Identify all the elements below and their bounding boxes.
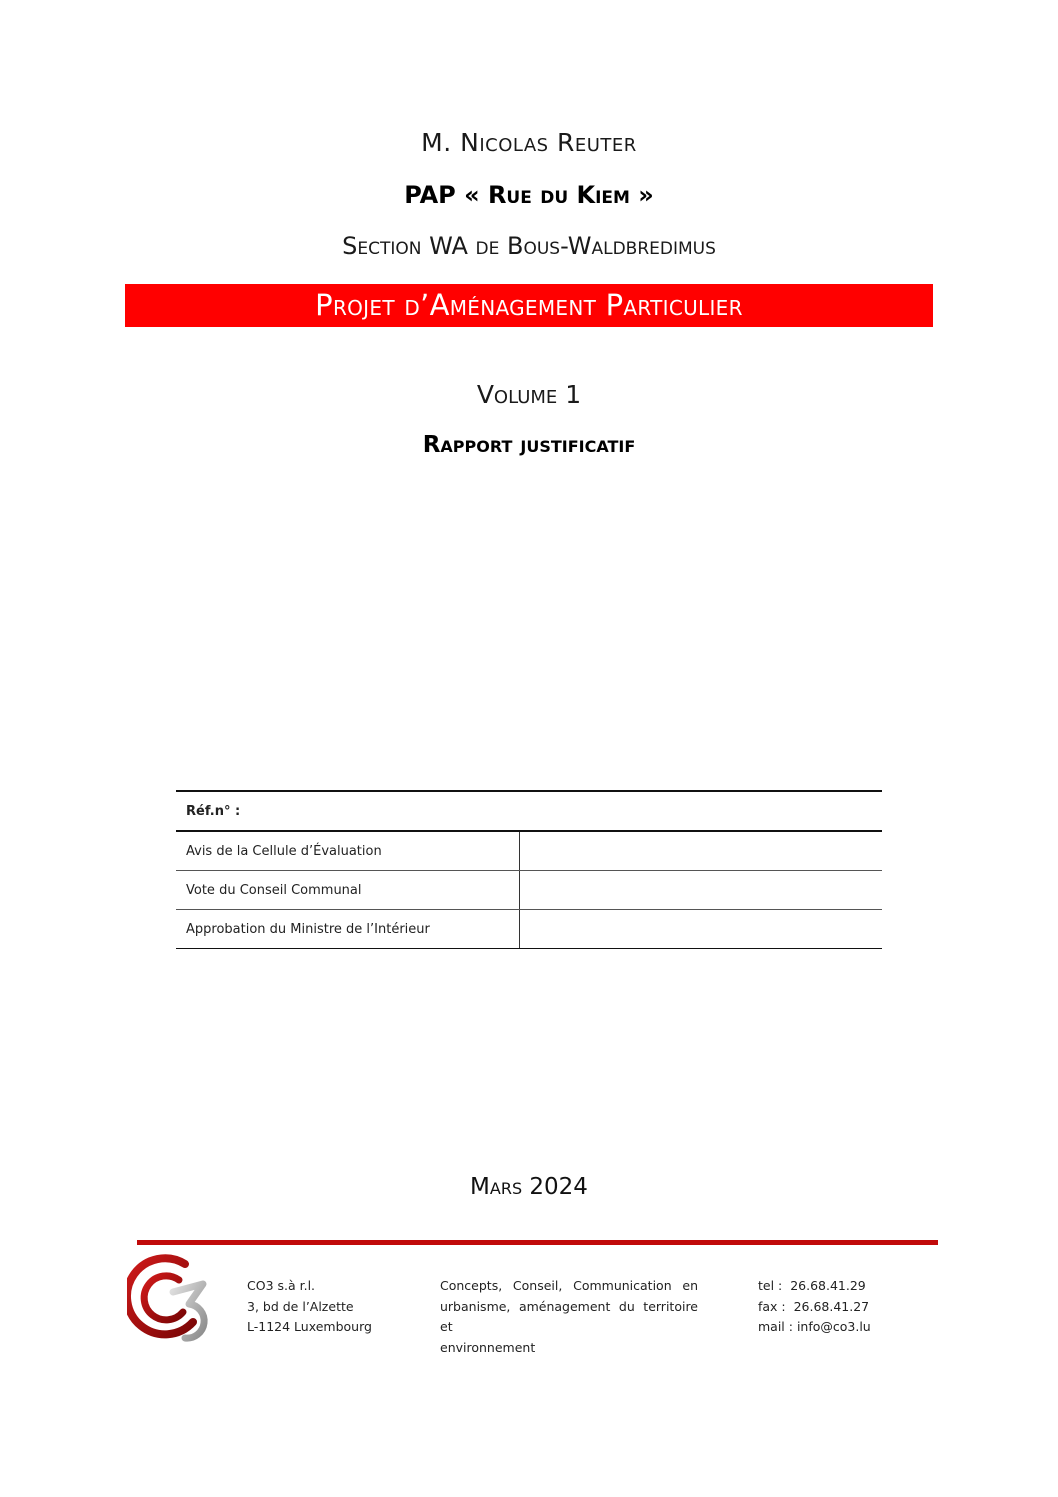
table-row: Avis de la Cellule d’Évaluation — [176, 831, 882, 871]
document-date: Mars 2024 — [0, 1174, 1058, 1200]
fax-number: fax : 26.68.41.27 — [758, 1297, 871, 1318]
row-label: Vote du Conseil Communal — [176, 871, 520, 910]
volume-label: Volume 1 — [0, 380, 1058, 409]
company-contact: tel : 26.68.41.29 fax : 26.68.41.27 mail… — [758, 1276, 871, 1338]
owner-name: M. Nicolas Reuter — [0, 128, 1058, 157]
row-label: Approbation du Ministre de l’Intérieur — [176, 910, 520, 949]
phone-number: tel : 26.68.41.29 — [758, 1276, 871, 1297]
row-value — [520, 910, 883, 949]
project-title: PAP « Rue du Kiem » — [0, 181, 1058, 209]
document-subtitle: Rapport justificatif — [0, 432, 1058, 458]
company-address: CO3 s.à r.l. 3, bd de l’Alzette L-1124 L… — [247, 1276, 372, 1338]
email-address[interactable]: mail : info@co3.lu — [758, 1317, 871, 1338]
footer-divider — [137, 1240, 938, 1245]
row-value — [520, 831, 883, 871]
co3-logo-icon — [127, 1252, 223, 1348]
row-value — [520, 871, 883, 910]
reference-table: Réf.n° : Avis de la Cellule d’Évaluation… — [176, 790, 882, 949]
section-title: Section WA de Bous-Waldbredimus — [0, 232, 1058, 260]
reference-number-label: Réf.n° : — [176, 791, 882, 831]
row-label: Avis de la Cellule d’Évaluation — [176, 831, 520, 871]
company-street: 3, bd de l’Alzette — [247, 1297, 372, 1318]
table-row: Approbation du Ministre de l’Intérieur — [176, 910, 882, 949]
description-line: Concepts, Conseil, Communication en — [440, 1276, 698, 1297]
description-line: urbanisme, aménagement du territoire et — [440, 1297, 698, 1338]
company-description: Concepts, Conseil, Communication en urba… — [440, 1276, 698, 1358]
company-name: CO3 s.à r.l. — [247, 1276, 372, 1297]
company-city: L-1124 Luxembourg — [247, 1317, 372, 1338]
document-type-banner: Projet d’Aménagement Particulier — [125, 284, 933, 327]
table-row: Vote du Conseil Communal — [176, 871, 882, 910]
description-line: environnement — [440, 1338, 698, 1359]
